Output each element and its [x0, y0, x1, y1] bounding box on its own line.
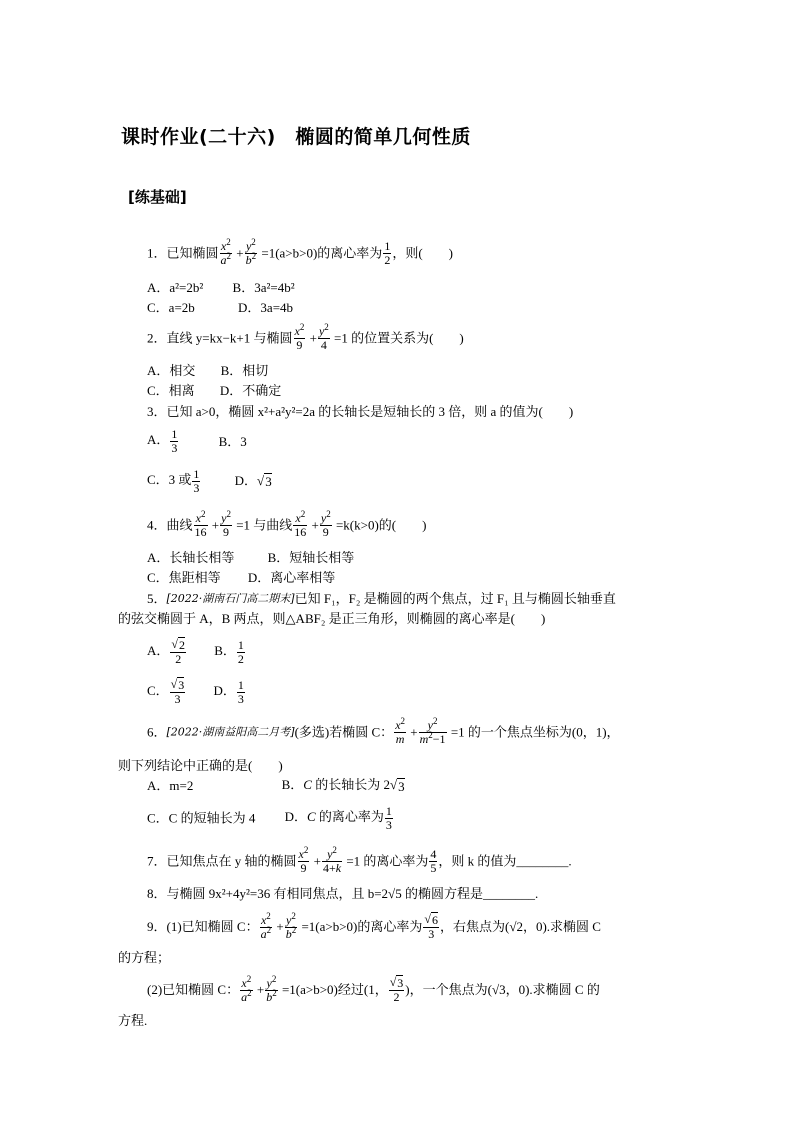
- question-number: 2．: [147, 331, 167, 346]
- option-row: C．相离 D．不确定: [147, 382, 281, 399]
- stem-text: 曲线: [167, 518, 193, 533]
- option-a[interactable]: A．相交: [147, 363, 195, 378]
- question-4: 4．曲线x216 +y29 =1 与曲线x216 +y29 =k(k>0)的( …: [147, 512, 426, 539]
- stem-text: =1(a>b>0)的离心率为: [261, 246, 382, 261]
- question-number: 9．: [147, 919, 167, 934]
- option-b[interactable]: B．短轴长相等: [268, 550, 355, 565]
- option-b[interactable]: B．相切: [221, 363, 269, 378]
- question-number: 8．: [147, 886, 167, 901]
- question-7: 7．已知焦点在 y 轴的椭圆x29 +y24+k =1 的离心率为45，则 k …: [147, 848, 572, 875]
- stem-text: ，右焦点为(√2，0).求椭圆 C: [440, 919, 601, 934]
- question-5-line2: 的弦交椭圆于 A，B 两点，则△ABF₂ 是正三角形，则椭圆的离心率是( ): [118, 610, 545, 627]
- question-2: 2．直线 y=kx−k+1 与椭圆x29 +y24 =1 的位置关系为( ): [147, 325, 464, 352]
- option-c[interactable]: C．焦距相等: [147, 570, 221, 585]
- option-a[interactable]: A．长轴长相等: [147, 550, 234, 565]
- option-row: A．13 B．3: [147, 428, 247, 455]
- option-row: C．a=2b D．3a=4b: [147, 299, 293, 316]
- option-d[interactable]: D．13: [214, 683, 246, 698]
- stem-text: =k(k>0)的( ): [336, 518, 426, 533]
- stem-text: ，则( ): [392, 246, 453, 261]
- question-number: 4．: [147, 518, 167, 533]
- stem-text: (1)已知椭圆 C：: [167, 919, 259, 934]
- question-9-part2-line2: 方程.: [118, 1012, 147, 1029]
- stem-text: 则下列结论中正确的是( ): [118, 758, 283, 773]
- option-c[interactable]: C．a=2b: [147, 300, 195, 315]
- option-b[interactable]: B．3a²=4b²: [233, 280, 295, 295]
- option-row: C．√33 D．13: [147, 678, 246, 706]
- stem-text: 与椭圆 9x²+4y²=36 有相同焦点，且 b=2√5 的椭圆方程是_____…: [167, 886, 539, 901]
- stem-text: 已知 a>0，椭圆 x²+a²y²=2a 的长轴长是短轴长的 3 倍，则 a 的…: [167, 404, 574, 419]
- question-5: 5．[2022·湖南石门高二期末]已知 F₁，F₂ 是椭圆的两个焦点，过 F₁ …: [147, 590, 616, 607]
- option-a[interactable]: A．m=2: [147, 778, 193, 793]
- option-row: C．C 的短轴长为 4 D．C 的离心率为13: [147, 805, 394, 832]
- stem-text: =1 的一个焦点坐标为(0，1)，: [451, 725, 620, 740]
- fraction: x2a2: [220, 240, 233, 267]
- question-3: 3．已知 a>0，椭圆 x²+a²y²=2a 的长轴长是短轴长的 3 倍，则 a…: [147, 403, 573, 420]
- stem-text: =1 的位置关系为( ): [334, 331, 464, 346]
- stem-text: =1 与曲线: [236, 518, 292, 533]
- stem-text: 已知焦点在 y 轴的椭圆: [167, 854, 297, 869]
- question-number: 1．: [147, 246, 167, 261]
- option-a[interactable]: A．√22: [147, 643, 187, 658]
- page-title: 课时作业(二十六) 椭圆的简单几何性质: [121, 122, 471, 149]
- stem-text: (2)已知椭圆 C：: [147, 982, 239, 997]
- question-number: 5．: [147, 591, 167, 606]
- option-c[interactable]: C．C 的短轴长为 4: [147, 811, 255, 826]
- option-a[interactable]: A．13: [147, 432, 179, 447]
- source-tag: [2022·湖南益阳高二月考]: [167, 726, 295, 739]
- option-d[interactable]: D．3a=4b: [238, 300, 293, 315]
- fraction: y2b2: [245, 240, 258, 267]
- option-c[interactable]: C．√33: [147, 683, 186, 698]
- option-row: A．a²=2b² B．3a²=4b²: [147, 279, 295, 296]
- stem-text: )，一个焦点为(√3，0).求椭圆 C 的: [405, 982, 600, 997]
- question-8: 8．与椭圆 9x²+4y²=36 有相同焦点，且 b=2√5 的椭圆方程是___…: [147, 885, 538, 902]
- option-d[interactable]: D．离心率相等: [248, 570, 335, 585]
- stem-text: 的弦交椭圆于 A，B 两点，则△ABF₂ 是正三角形，则椭圆的离心率是( ): [118, 611, 545, 626]
- option-row: C．3 或13 D．√3: [147, 468, 272, 495]
- option-row: A．长轴长相等 B．短轴长相等: [147, 549, 354, 566]
- option-d[interactable]: D．C 的离心率为13: [285, 809, 394, 824]
- fraction: 12: [383, 240, 391, 267]
- question-9-part1-line2: 的方程；: [118, 949, 170, 966]
- fraction: y24: [318, 325, 330, 352]
- question-number: 7．: [147, 854, 167, 869]
- stem-text: =1 的离心率为: [346, 854, 428, 869]
- question-number: 6．: [147, 725, 167, 740]
- stem-text: (多选)若椭圆 C：: [295, 725, 394, 740]
- source-tag: [2022·湖南石门高二期末]: [167, 592, 295, 605]
- stem-text: =1(a>b>0)的离心率为: [301, 919, 422, 934]
- section-heading: [练基础]: [128, 186, 187, 207]
- option-row: A．m=2 B．C 的长轴长为 2√3: [147, 777, 405, 795]
- stem-text: =1(a>b>0)经过(1，: [282, 982, 388, 997]
- option-d[interactable]: D．不确定: [220, 383, 281, 398]
- option-d[interactable]: D．√3: [235, 473, 272, 488]
- stem-text: 已知 F₁，F₂ 是椭圆的两个焦点，过 F₁ 且与椭圆长轴垂直: [295, 591, 616, 606]
- question-9-part1: 9．(1)已知椭圆 C：x2a2 +y2b2 =1(a>b>0)的离心率为√63…: [147, 913, 601, 941]
- question-6: 6．[2022·湖南益阳高二月考](多选)若椭圆 C：x2m +y2m2−1 =…: [147, 719, 620, 746]
- option-a[interactable]: A．a²=2b²: [147, 280, 203, 295]
- option-b[interactable]: B．C 的长轴长为 2√3: [282, 777, 405, 792]
- answer-blank[interactable]: ，则 k 的值为________.: [438, 854, 571, 869]
- option-row: C．焦距相等 D．离心率相等: [147, 569, 335, 586]
- question-number: 3．: [147, 404, 167, 419]
- stem-text: 方程.: [118, 1013, 147, 1028]
- question-6-line2: 则下列结论中正确的是( ): [118, 757, 283, 774]
- stem-text: 已知椭圆: [167, 246, 219, 261]
- option-b[interactable]: B．12: [214, 643, 246, 658]
- fraction: x29: [294, 325, 306, 352]
- option-row: A．相交 B．相切: [147, 362, 268, 379]
- option-c[interactable]: C．相离: [147, 383, 195, 398]
- option-c[interactable]: C．3 或13: [147, 472, 201, 487]
- question-1: 1．已知椭圆x2a2 +y2b2 =1(a>b>0)的离心率为12，则( ): [147, 240, 453, 267]
- stem-text: 直线 y=kx−k+1 与椭圆: [167, 331, 293, 346]
- option-row: A．√22 B．12: [147, 638, 246, 666]
- question-9-part2: (2)已知椭圆 C：x2a2 +y2b2 =1(a>b>0)经过(1，√32)，…: [147, 976, 600, 1004]
- option-b[interactable]: B．3: [219, 434, 247, 449]
- stem-text: 的方程；: [118, 950, 170, 965]
